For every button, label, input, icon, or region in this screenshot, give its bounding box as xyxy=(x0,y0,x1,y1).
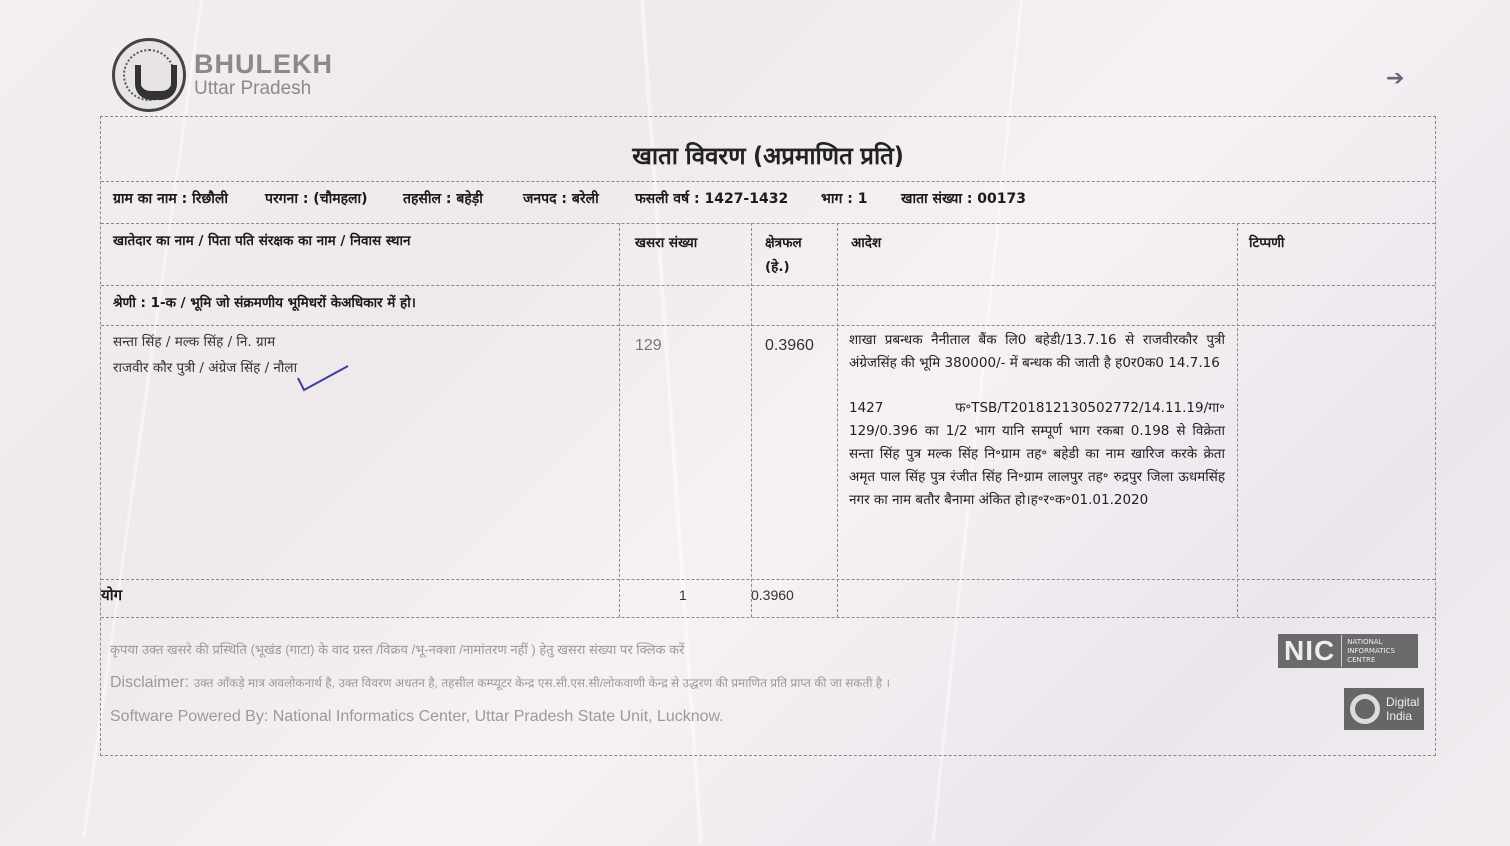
divider xyxy=(101,285,1435,286)
column-divider xyxy=(751,223,752,617)
column-header-remarks: टिप्पणी xyxy=(1249,233,1284,251)
land-category: श्रेणी : 1-क / भूमि जो संक्रमणीय भूमिधरो… xyxy=(113,293,416,311)
column-divider xyxy=(1237,223,1238,617)
meta-tehsil: तहसील : बहेड़ी xyxy=(403,189,483,208)
back-arrow-icon: ➔ xyxy=(1386,66,1404,91)
meta-khata-number: खाता संख्या : 00173 xyxy=(901,189,1026,208)
disclaimer-text: उक्त आँकड़े मात्र अवलोकनार्थ है, उक्त वि… xyxy=(194,676,890,690)
document-title: खाता विवरण (अप्रमाणित प्रति) xyxy=(101,139,1435,172)
divider xyxy=(101,617,1435,618)
pen-checkmark-icon xyxy=(296,360,356,396)
divider xyxy=(101,181,1435,182)
column-header-owner: खातेदार का नाम / पिता पति संरक्षक का नाम… xyxy=(113,231,410,249)
order-entry: 1427 फ॰TSB/T201812130502772/14.11.19/गा॰… xyxy=(849,397,1225,512)
up-state-emblem-icon xyxy=(112,38,186,112)
column-header-area: क्षेत्रफल xyxy=(765,233,802,251)
column-divider xyxy=(837,223,838,617)
nic-logo-long: National Informatics Centre xyxy=(1342,638,1395,665)
row-area: 0.3960 xyxy=(765,337,814,355)
nic-logo-short: NIC xyxy=(1278,635,1342,667)
disclaimer-label: Disclaimer: xyxy=(110,674,189,691)
total-label: योग xyxy=(101,585,122,605)
owner-line-1: सन्ता सिंह / मल्क सिंह / नि. ग्राम xyxy=(113,329,297,355)
nic-logo: NIC National Informatics Centre xyxy=(1278,634,1418,668)
khasra-number-link[interactable]: 129 xyxy=(635,337,662,355)
order-text: शाखा प्रबन्धक नैनीताल बैंक लि0 बहेडी/13.… xyxy=(849,329,1225,534)
table-row-owner: सन्ता सिंह / मल्क सिंह / नि. ग्राम राजवी… xyxy=(113,329,297,381)
footer-powered-by: Software Powered By: National Informatic… xyxy=(110,708,724,726)
order-entry: शाखा प्रबन्धक नैनीताल बैंक लि0 बहेडी/13.… xyxy=(849,329,1225,375)
meta-village: ग्राम का नाम : रिछौली xyxy=(113,189,228,208)
divider xyxy=(101,325,1435,326)
total-khasra-count: 1 xyxy=(679,587,687,603)
meta-fasli-year: फसली वर्ष : 1427-1432 xyxy=(635,189,788,208)
column-header-area-unit: (हे.) xyxy=(765,257,790,275)
brand: BHULEKH Uttar Pradesh xyxy=(194,50,333,100)
khata-document: खाता विवरण (अप्रमाणित प्रति) ग्राम का ना… xyxy=(100,116,1436,756)
column-divider xyxy=(619,223,620,617)
meta-district: जनपद : बरेली xyxy=(523,189,599,208)
digital-india-icon xyxy=(1350,694,1380,724)
brand-title: BHULEKH xyxy=(194,50,333,78)
digital-india-logo: Digital India xyxy=(1344,688,1424,730)
divider xyxy=(101,579,1435,580)
divider xyxy=(101,223,1435,224)
total-area: 0.3960 xyxy=(751,587,794,603)
digital-india-label: Digital India xyxy=(1386,695,1419,723)
footer-disclaimer: Disclaimer: उक्त आँकड़े मात्र अवलोकनार्थ… xyxy=(110,674,890,692)
meta-part: भाग : 1 xyxy=(821,189,867,208)
column-header-order: आदेश xyxy=(851,233,881,251)
bhulekh-header: BHULEKH Uttar Pradesh xyxy=(112,38,333,112)
footer-note: कृपया उक्त खसरे की प्रस्थिति (भूखंड (गाट… xyxy=(110,640,684,658)
column-header-khasra: खसरा संख्या xyxy=(635,233,697,251)
owner-line-2: राजवीर कौर पुत्री / अंग्रेज सिंह / नौला xyxy=(113,355,297,381)
brand-subtitle: Uttar Pradesh xyxy=(194,78,333,100)
meta-pargana: परगना : (चौमहला) xyxy=(265,189,368,208)
